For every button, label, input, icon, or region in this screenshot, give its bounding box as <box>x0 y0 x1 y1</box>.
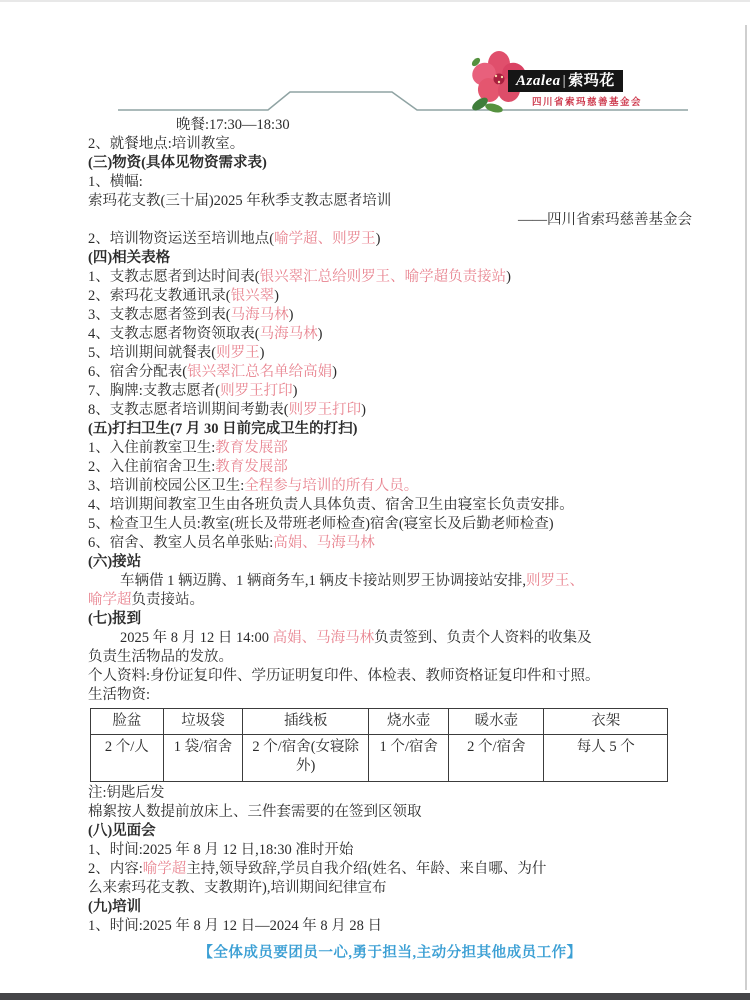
doc-line: 棉絮按人数提前放床上、三件套需要的在签到区领取 <box>88 803 692 822</box>
table-header-cell: 暖水壶 <box>449 709 544 735</box>
doc-line: 么来索玛花支教、支教期许),培训期间纪律宣布 <box>88 879 692 898</box>
doc-line: 1、入住前教室卫生:教育发展部 <box>88 439 692 458</box>
doc-line: 注:钥匙后发 <box>88 784 692 803</box>
document-body: 晚餐:17:30—18:302、就餐地点:培训教室。(三)物资(具体见物资需求表… <box>88 116 692 963</box>
text-segment: 1、支教志愿者到达时间表( <box>88 269 260 285</box>
table-cell: 2 个/宿舍 <box>449 735 544 782</box>
text-segment: (八)见面会 <box>88 823 156 839</box>
text-segment: ) <box>376 231 381 247</box>
table-header-cell: 衣架 <box>544 709 668 735</box>
table-header-cell: 垃圾袋 <box>163 709 243 735</box>
doc-line: (九)培训 <box>88 898 692 917</box>
doc-line: ——四川省索玛慈善基金会 <box>88 211 692 230</box>
highlighted-text: 喻学超 <box>88 592 132 608</box>
text-segment: 1、时间:2025 年 8 月 12 日,18:30 准时开始 <box>88 842 353 858</box>
doc-line: 1、横幅: <box>88 173 692 192</box>
highlighted-text: 则罗王打印 <box>289 402 362 418</box>
doc-line: 2、就餐地点:培训教室。 <box>88 135 692 154</box>
table-cell: 2 个/宿舍(女寝除外) <box>243 735 369 782</box>
text-segment: 4、培训期间教室卫生由各班负责人具体负责、宿舍卫生由寝室长负责安排。 <box>88 497 574 513</box>
text-segment: 7、胸牌:支教志愿者( <box>88 383 220 399</box>
doc-line: 2、内容:喻学超主持,领导致辞,学员自我介绍(姓名、年龄、来自哪、为什 <box>88 860 692 879</box>
text-segment: 注:钥匙后发 <box>88 785 165 801</box>
text-segment: ) <box>293 383 298 399</box>
doc-line: 索玛花支教(三十届)2025 年秋季支教志愿者培训 <box>88 192 692 211</box>
text-segment: 2、内容: <box>88 861 143 877</box>
text-segment: 2、入住前宿舍卫生: <box>88 459 215 475</box>
highlighted-text: 教育发展部 <box>215 440 288 456</box>
supplies-table: 脸盆 垃圾袋 插线板 烧水壶 暖水壶 衣架 2 个/人 1 袋/宿舍 2 个/宿… <box>90 708 668 782</box>
table-value-row: 2 个/人 1 袋/宿舍 2 个/宿舍(女寝除外) 1 个/宿舍 2 个/宿舍 … <box>91 735 668 782</box>
text-segment: 6、宿舍分配表( <box>88 364 187 380</box>
doc-line: 4、支教志愿者物资领取表(马海马林) <box>88 325 692 344</box>
text-segment: (四)相关表格 <box>88 250 170 266</box>
text-segment: (五)打扫卫生(7 月 30 日前完成卫生的打扫) <box>88 421 357 437</box>
doc-line: (七)报到 <box>88 610 692 629</box>
doc-line: 个人资料:身份证复印件、学历证明复印件、体检表、教师资格证复印件和寸照。 <box>88 667 692 686</box>
doc-line: 5、检查卫生人员:教室(班长及带班老师检查)宿舍(寝室长及后勤老师检查) <box>88 515 692 534</box>
logo-subtitle: 四川省索玛慈善基金会 <box>512 94 662 108</box>
doc-lines-top: 晚餐:17:30—18:302、就餐地点:培训教室。(三)物资(具体见物资需求表… <box>88 116 692 705</box>
doc-line: (八)见面会 <box>88 822 692 841</box>
doc-line: 2025 年 8 月 12 日 14:00 高娟、马海马林负责签到、负责个人资料… <box>88 629 692 648</box>
highlighted-text: 银兴翠汇总给则罗王、喻学超负责接站 <box>260 269 507 285</box>
highlighted-text: 教育发展部 <box>215 459 288 475</box>
logo-wordmark: Azalea|索玛花 <box>508 70 623 92</box>
highlighted-text: 则罗王 <box>216 345 260 361</box>
text-segment: ) <box>361 402 366 418</box>
table-cell: 每人 5 个 <box>544 735 668 782</box>
text-segment: ) <box>274 288 279 304</box>
text-segment: 5、检查卫生人员:教室(班长及带班老师检查)宿舍(寝室长及后勤老师检查) <box>88 516 554 532</box>
doc-line: 晚餐:17:30—18:30 <box>88 116 692 135</box>
text-segment: 5、培训期间就餐表( <box>88 345 216 361</box>
doc-line: (五)打扫卫生(7 月 30 日前完成卫生的打扫) <box>88 420 692 439</box>
table-cell: 2 个/人 <box>91 735 164 782</box>
doc-line: 7、胸牌:支教志愿者(则罗王打印) <box>88 382 692 401</box>
highlighted-text: 高娟、马海马林 <box>273 535 375 551</box>
scanned-document-page: Azalea|索玛花 四川省索玛慈善基金会 晚餐:17:30—18:302、就餐… <box>0 0 750 1000</box>
text-segment: ) <box>260 345 265 361</box>
doc-line: 2、培训物资运送至培训地点(喻学超、则罗王) <box>88 230 692 249</box>
doc-line: 2、入住前宿舍卫生:教育发展部 <box>88 458 692 477</box>
logo-brand-en: Azalea <box>516 73 561 89</box>
doc-line: 喻学超负责接站。 <box>88 591 692 610</box>
doc-line: 负责生活物品的发放。 <box>88 648 692 667</box>
doc-line: 1、时间:2025 年 8 月 12 日,18:30 准时开始 <box>88 841 692 860</box>
table-header-cell: 脸盆 <box>91 709 164 735</box>
table-header-row: 脸盆 垃圾袋 插线板 烧水壶 暖水壶 衣架 <box>91 709 668 735</box>
table-cell: 1 个/宿舍 <box>369 735 449 782</box>
highlighted-text: 则罗王、 <box>526 573 584 589</box>
text-segment: 2、就餐地点:培训教室。 <box>88 136 244 152</box>
text-segment: (九)培训 <box>88 899 141 915</box>
text-segment: 主持,领导致辞,学员自我介绍(姓名、年龄、来自哪、为什 <box>186 861 546 877</box>
text-segment: 4、支教志愿者物资领取表( <box>88 326 260 342</box>
doc-line: (三)物资(具体见物资需求表) <box>88 154 692 173</box>
text-segment: 1、入住前教室卫生: <box>88 440 215 456</box>
doc-line: 3、培训前校园公区卫生:全程参与培训的所有人员。 <box>88 477 692 496</box>
text-segment: 3、培训前校园公区卫生: <box>88 478 244 494</box>
table-cell: 1 袋/宿舍 <box>163 735 243 782</box>
scan-edge-right <box>745 25 747 990</box>
text-segment: (六)接站 <box>88 554 141 570</box>
doc-line: (六)接站 <box>88 553 692 572</box>
text-segment: ) <box>289 307 294 323</box>
text-segment: (七)报到 <box>88 611 141 627</box>
highlighted-text: 高娟、马海马林 <box>273 630 375 646</box>
highlighted-text: 全程参与培训的所有人员。 <box>244 478 418 494</box>
footer-note: 【全体成员要团员一心,勇于担当,主动分担其他成员工作】 <box>88 944 692 963</box>
doc-line: 2、索玛花支教通讯录(银兴翠) <box>88 287 692 306</box>
highlighted-text: 银兴翠 <box>231 288 275 304</box>
doc-line: 生活物资: <box>88 686 692 705</box>
text-segment: 负责接站。 <box>132 592 205 608</box>
doc-line: 8、支教志愿者培训期间考勤表(则罗王打印) <box>88 401 692 420</box>
text-segment: 个人资料:身份证复印件、学历证明复印件、体检表、教师资格证复印件和寸照。 <box>88 668 600 684</box>
highlighted-text: 则罗王打印 <box>220 383 293 399</box>
text-segment: 6、宿舍、教室人员名单张贴: <box>88 535 273 551</box>
text-segment: 2、培训物资运送至培训地点( <box>88 231 274 247</box>
text-segment: 1、横幅: <box>88 174 143 190</box>
table-header-cell: 插线板 <box>243 709 369 735</box>
doc-line: (四)相关表格 <box>88 249 692 268</box>
doc-line: 6、宿舍、教室人员名单张贴:高娟、马海马林 <box>88 534 692 553</box>
highlighted-text: 银兴翠汇总名单给高娟 <box>187 364 332 380</box>
text-segment: (三)物资(具体见物资需求表) <box>88 155 267 171</box>
logo-brand-cn: 索玛花 <box>568 73 615 89</box>
text-segment: 2025 年 8 月 12 日 14:00 <box>120 630 273 646</box>
highlighted-text: 马海马林 <box>260 326 318 342</box>
highlighted-text: 喻学超 <box>143 861 187 877</box>
text-segment: ——四川省索玛慈善基金会 <box>518 212 692 228</box>
text-segment: 负责生活物品的发放。 <box>88 649 233 665</box>
text-segment: 3、支教志愿者签到表( <box>88 307 231 323</box>
text-segment: 车辆借 1 辆迈腾、1 辆商务车,1 辆皮卡接站则罗王协调接站安排, <box>120 573 526 589</box>
text-segment: 负责签到、负责个人资料的收集及 <box>374 630 592 646</box>
text-segment: 8、支教志愿者培训期间考勤表( <box>88 402 289 418</box>
text-segment: ) <box>318 326 323 342</box>
scan-edge-bottom <box>0 993 750 1000</box>
text-segment: 索玛花支教(三十届)2025 年秋季支教志愿者培训 <box>88 193 391 209</box>
highlighted-text: 马海马林 <box>231 307 289 323</box>
doc-line: 5、培训期间就餐表(则罗王) <box>88 344 692 363</box>
doc-line: 车辆借 1 辆迈腾、1 辆商务车,1 辆皮卡接站则罗王协调接站安排,则罗王、 <box>88 572 692 591</box>
text-segment: 生活物资: <box>88 687 150 703</box>
organization-logo: Azalea|索玛花 四川省索玛慈善基金会 <box>468 50 668 110</box>
doc-lines-bottom: 注:钥匙后发棉絮按人数提前放床上、三件套需要的在签到区领取(八)见面会1、时间:… <box>88 784 692 936</box>
text-segment: 晚餐:17:30—18:30 <box>176 117 290 133</box>
text-segment: 2、索玛花支教通讯录( <box>88 288 231 304</box>
text-segment: 1、时间:2025 年 8 月 12 日—2024 年 8 月 28 日 <box>88 918 382 934</box>
doc-line: 6、宿舍分配表(银兴翠汇总名单给高娟) <box>88 363 692 382</box>
text-segment: 么来索玛花支教、支教期许),培训期间纪律宣布 <box>88 880 386 896</box>
highlighted-text: 喻学超、则罗王 <box>274 231 376 247</box>
text-segment: 棉絮按人数提前放床上、三件套需要的在签到区领取 <box>88 804 422 820</box>
text-segment: ) <box>332 364 337 380</box>
doc-line: 3、支教志愿者签到表(马海马林) <box>88 306 692 325</box>
doc-line: 1、支教志愿者到达时间表(银兴翠汇总给则罗王、喻学超负责接站) <box>88 268 692 287</box>
table-header-cell: 烧水壶 <box>369 709 449 735</box>
doc-line: 1、时间:2025 年 8 月 12 日—2024 年 8 月 28 日 <box>88 917 692 936</box>
text-segment: ) <box>506 269 511 285</box>
doc-line: 4、培训期间教室卫生由各班负责人具体负责、宿舍卫生由寝室长负责安排。 <box>88 496 692 515</box>
